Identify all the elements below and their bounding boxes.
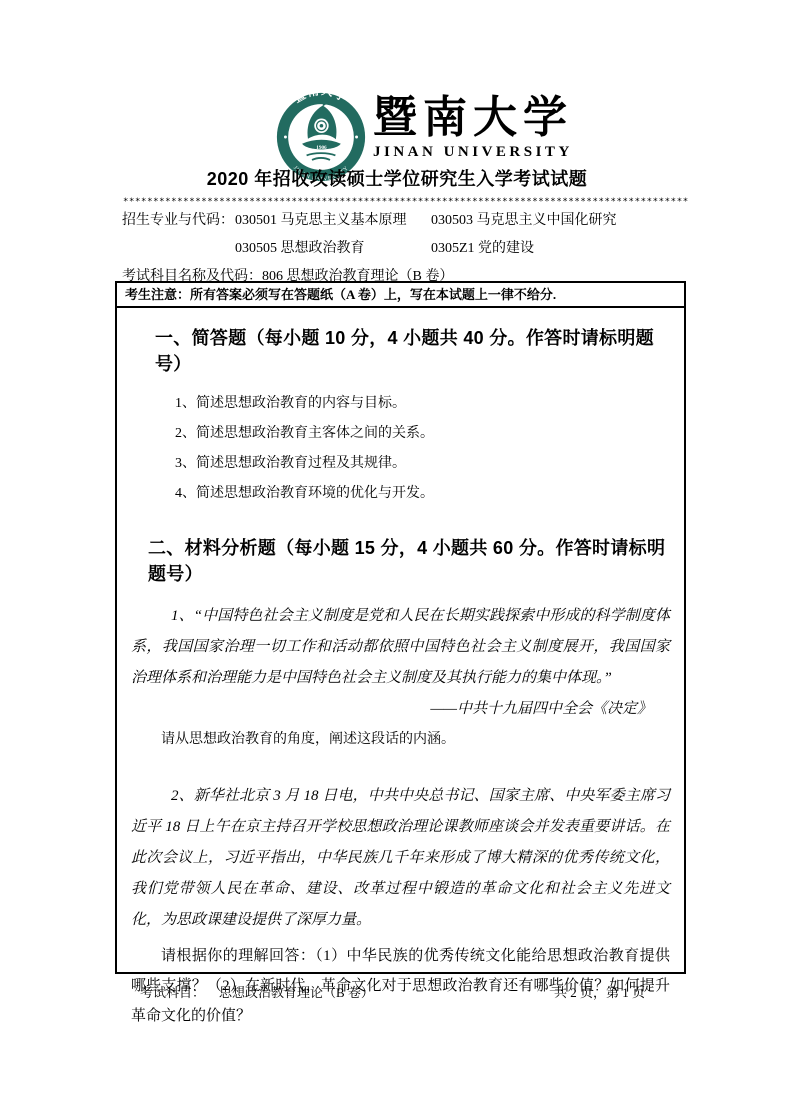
question-item-2: 2、简述思想政治教育主客体之间的关系。 (175, 419, 670, 449)
major-code-1: 030501 马克思主义基本原理 (235, 207, 431, 235)
page-footer: 考试科目：思想政治教育理论（B 卷） 共 2 页，第 1 页 (140, 982, 645, 1001)
footer-subject-value: 思想政治教育理论（B 卷） (219, 985, 374, 1000)
section1-heading: 一、简答题（每小题 10 分，4 小题共 40 分。作答时请标明题号） (155, 324, 670, 376)
university-name-block: 暨南大学 JINAN UNIVERSITY (373, 92, 573, 161)
material2-quote: 2、新华社北京 3 月 18 日电，中共中央总书记、国家主席、中央军委主席习近平… (131, 781, 670, 936)
major-code-3: 030505 思想政治教育 (235, 235, 431, 263)
asterisk-divider: ****************************************… (123, 197, 689, 207)
exam-title: 2020 年招收攻读硕士学位研究生入学考试试题 (0, 165, 794, 191)
majors-label-spacer (122, 235, 235, 263)
university-name-english: JINAN UNIVERSITY (373, 144, 573, 161)
majors-label: 招生专业与代码： (122, 207, 235, 235)
question-item-1: 1、简述思想政治教育的内容与目标。 (175, 389, 670, 419)
footer-subject: 考试科目：思想政治教育理论（B 卷） (140, 982, 374, 1001)
majors-line-1: 招生专业与代码： 030501 马克思主义基本原理 030503 马克思主义中国… (122, 207, 688, 235)
footer-page-info: 共 2 页，第 1 页 (554, 982, 645, 1001)
exam-paper-page: 暨南大学 JINAN UNIVERSITY 1906 暨南大学 JINAN UN (0, 0, 794, 1111)
seal-left-dot (284, 136, 287, 139)
material1-source: ——中共十九届四中全会《决定》 (131, 694, 670, 725)
exam-content: 一、简答题（每小题 10 分，4 小题共 40 分。作答时请标明题号） 1、简述… (117, 324, 684, 1031)
exam-body-box: 考生注意：所有答案必须写在答题纸（A 卷）上，写在本试题上一律不给分. 一、简答… (115, 281, 686, 974)
university-name-chinese: 暨南大学 (373, 95, 573, 141)
footer-subject-label: 考试科目： (140, 985, 205, 1000)
question-item-4: 4、简述思想政治教育环境的优化与开发。 (175, 479, 670, 509)
material1-prompt: 请从思想政治教育的角度，阐述这段话的内涵。 (131, 725, 670, 755)
section2-heading: 二、材料分析题（每小题 15 分，4 小题共 60 分。作答时请标明题号） (148, 534, 670, 586)
majors-line-2: 030505 思想政治教育 0305Z1 党的建设 (122, 235, 688, 263)
material1-quote: 1、“中国特色社会主义制度是党和人民在长期实践探索中形成的科学制度体系，我国国家… (131, 601, 670, 694)
major-code-4: 0305Z1 党的建设 (431, 235, 534, 263)
question-item-3: 3、简述思想政治教育过程及其规律。 (175, 449, 670, 479)
exam-meta: 招生专业与代码： 030501 马克思主义基本原理 030503 马克思主义中国… (122, 207, 688, 291)
seal-year-text: 1906 (316, 145, 327, 151)
candidate-notice: 考生注意：所有答案必须写在答题纸（A 卷）上，写在本试题上一律不给分. (117, 283, 684, 308)
section1-question-list: 1、简述思想政治教育的内容与目标。 2、简述思想政治教育主客体之间的关系。 3、… (175, 389, 670, 509)
seal-right-dot (355, 136, 358, 139)
major-code-2: 030503 马克思主义中国化研究 (431, 207, 617, 235)
